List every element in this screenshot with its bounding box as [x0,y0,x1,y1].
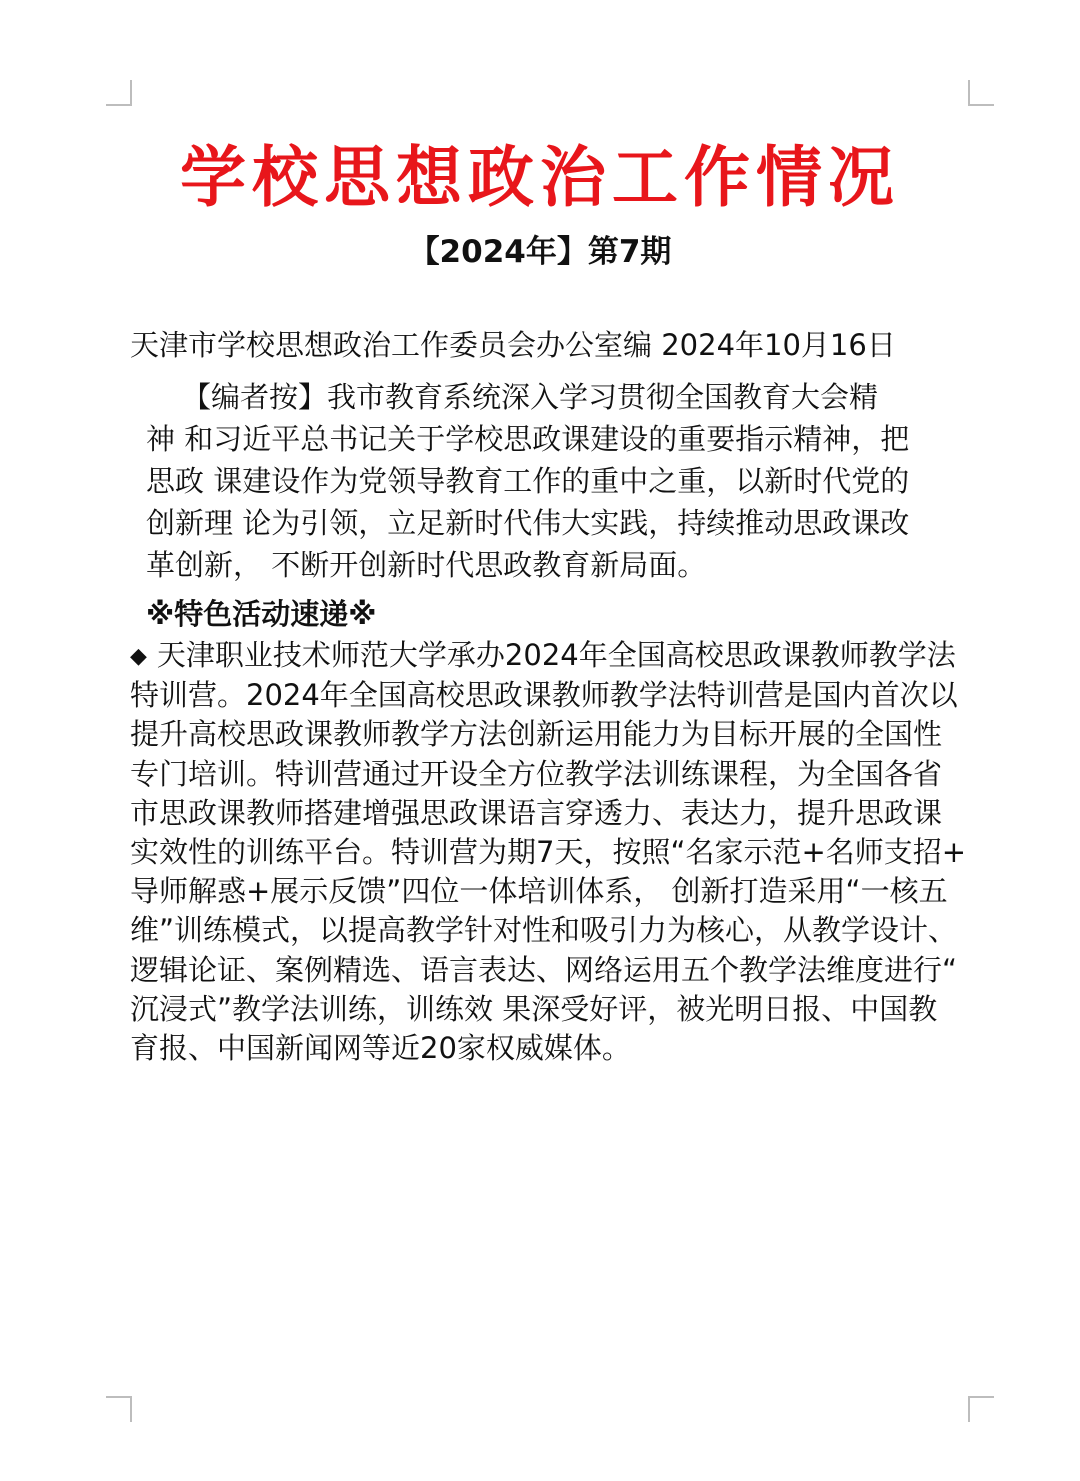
activity-line: 特训营。2024年全国高校思政课教师教学法特训营是国内首次以 [130,676,980,715]
section-heading: ※特色活动速递※ [146,594,376,634]
crop-mark-bottom-left [106,1396,132,1422]
activity-line: 维”训练模式，以提高教学针对性和吸引力为核心，从教学设计、 [130,911,980,950]
diamond-bullet-icon: ◆ [130,644,147,669]
activity-item: ◆天津职业技术师范大学承办2024年全国高校思政课教师教学法 特训营。2024年… [130,636,980,1068]
activity-line: 市思政课教师搭建增强思政课语言穿透力、表达力，提升思政课 [130,794,980,833]
document-title: 学校思想政治工作情况 [0,138,1080,218]
editor-note-line: 神 和习近平总书记关于学校思政课建设的重要指示精神，把 [146,418,966,460]
activity-line-first: ◆天津职业技术师范大学承办2024年全国高校思政课教师教学法 [130,636,980,676]
crop-mark-bottom-right [968,1396,994,1422]
editor-note-line: 【编者按】我市教育系统深入学习贯彻全国教育大会精 [146,376,966,418]
editor-note: 【编者按】我市教育系统深入学习贯彻全国教育大会精 神 和习近平总书记关于学校思政… [146,376,966,586]
issue-number: 【2024年】第7期 [0,232,1080,272]
activity-line: 专门培训。特训营通过开设全方位教学法训练课程，为全国各省 [130,755,980,794]
activity-line: 育报、中国新闻网等近20家权威媒体。 [130,1029,980,1068]
editor-note-line: 思政 课建设作为党领导教育工作的重中之重，以新时代党的 [146,460,966,502]
activity-line: 导师解惑+展示反馈”四位一体培训体系， 创新打造采用“一核五 [130,872,980,911]
editor-note-line: 革创新， 不断开创新时代思政教育新局面。 [146,544,966,586]
activity-line: 提升高校思政课教师教学方法创新运用能力为目标开展的全国性 [130,715,980,754]
activity-line: 逻辑论证、案例精选、语言表达、网络运用五个教学法维度进行“ [130,951,980,990]
activity-line: 实效性的训练平台。特训营为期7天，按照“名家示范+名师支招+ [130,833,980,872]
activity-line: 天津职业技术师范大学承办2024年全国高校思政课教师教学法 [157,638,956,672]
editor-and-date: 天津市学校思想政治工作委员会办公室编 2024年10月16日 [130,325,970,365]
activity-line: 沉浸式”教学法训练，训练效 果深受好评，被光明日报、中国教 [130,990,980,1029]
crop-mark-top-right [968,80,994,106]
crop-mark-top-left [106,80,132,106]
editor-note-line: 创新理 论为引领，立足新时代伟大实践，持续推动思政课改 [146,502,966,544]
